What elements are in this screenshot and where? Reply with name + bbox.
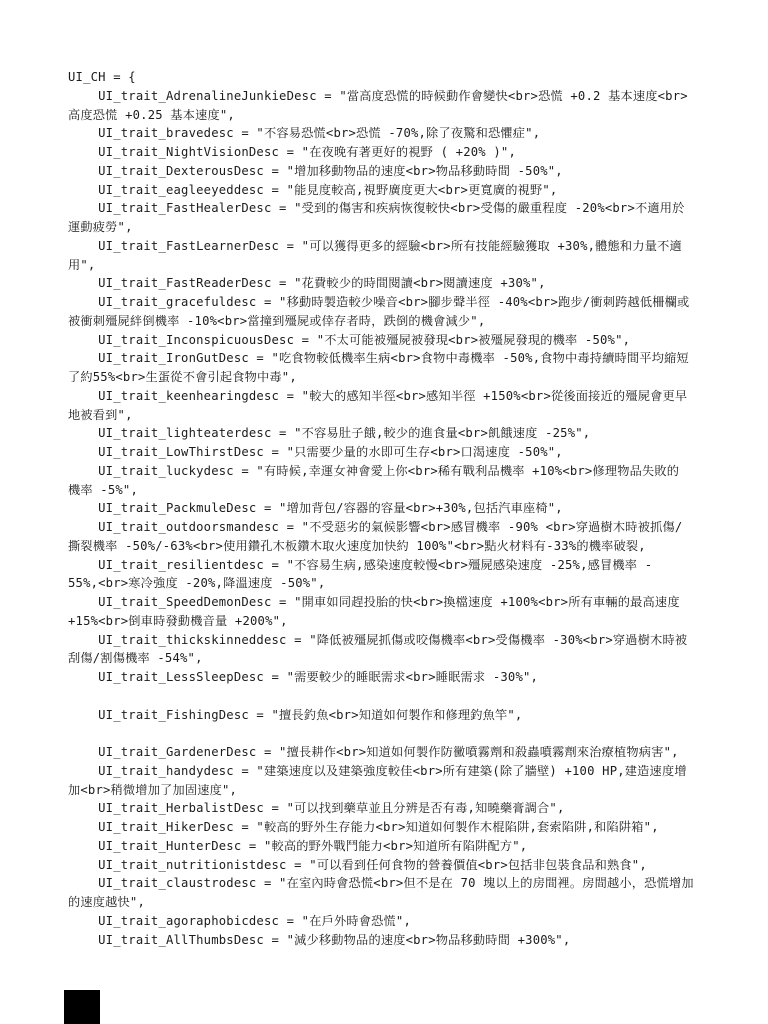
- code-line: 用",: [68, 256, 728, 275]
- code-line: 高度恐慌 +0.25 基本速度",: [68, 106, 728, 125]
- code-line: UI_trait_FishingDesc = "擅長釣魚<br>知道如何製作和修…: [68, 706, 728, 725]
- code-line: UI_trait_HikerDesc = "較高的野外生存能力<br>知道如何製…: [68, 818, 728, 837]
- code-line: UI_trait_keenhearingdesc = "較大的感知半徑<br>感…: [68, 387, 728, 406]
- code-line: UI_CH = {: [68, 68, 728, 87]
- code-line: UI_trait_NightVisionDesc = "在夜晚有著更好的視野 (…: [68, 143, 728, 162]
- code-line: UI_trait_FastReaderDesc = "花費較少的時間閱讀<br>…: [68, 274, 728, 293]
- code-line: UI_trait_HunterDesc = "較高的野外戰鬥能力<br>知道所有…: [68, 837, 728, 856]
- code-line: UI_trait_LowThirstDesc = "只需要少量的水即可生存<br…: [68, 443, 728, 462]
- code-line: +15%<br>倒車時發動機音量 +200%",: [68, 612, 728, 631]
- code-line: UI_trait_DexterousDesc = "增加移動物品的速度<br>物…: [68, 162, 728, 181]
- code-line: UI_trait_IronGutDesc = "吃食物較低機率生病<br>食物中…: [68, 349, 728, 368]
- code-line: UI_trait_PackmuleDesc = "增加背包/容器的容量<br>+…: [68, 499, 728, 518]
- code-line: UI_trait_gracefuldesc = "移動時製造較少噪音<br>腳步…: [68, 293, 728, 312]
- page-corner-black-box: [64, 990, 100, 1024]
- code-line: UI_trait_AdrenalineJunkieDesc = "當高度恐慌的時…: [68, 87, 728, 106]
- code-line: UI_trait_HerbalistDesc = "可以找到藥草並且分辨是否有毒…: [68, 799, 728, 818]
- code-line: UI_trait_AllThumbsDesc = "減少移動物品的速度<br>物…: [68, 931, 728, 950]
- code-line: UI_trait_FastLearnerDesc = "可以獲得更多的經驗<br…: [68, 237, 728, 256]
- code-line: 了約55%<br>生蛋從不會引起食物中毒",: [68, 368, 728, 387]
- code-line: 被衝刺殭屍絆倒機率 -10%<br>當撞到殭屍或倖存者時，跌倒的機會減少",: [68, 312, 728, 331]
- code-line: UI_trait_outdoorsmandesc = "不受惡劣的氣候影響<br…: [68, 518, 728, 537]
- code-line: 55%,<br>寒冷強度 -20%,降溫速度 -50%",: [68, 574, 728, 593]
- code-line: UI_trait_FastHealerDesc = "受到的傷害和疾病恢復較快<…: [68, 199, 728, 218]
- code-line: UI_trait_thickskinneddesc = "降低被殭屍抓傷或咬傷機…: [68, 631, 728, 650]
- code-line: 撕裂機率 -50%/-63%<br>使用鑽孔木板鑽木取火速度加快約 100%"<…: [68, 537, 728, 556]
- document-page: UI_CH = { UI_trait_AdrenalineJunkieDesc …: [0, 0, 768, 1024]
- code-line: UI_trait_luckydesc = "有時候,幸運女神會愛上你<br>稀有…: [68, 462, 728, 481]
- code-line: UI_trait_resilientdesc = "不容易生病,感染速度較慢<b…: [68, 556, 728, 575]
- code-line: UI_trait_GardenerDesc = "擅長耕作<br>知道如何製作防…: [68, 743, 728, 762]
- code-line: UI_trait_lighteaterdesc = "不容易肚子餓,較少的進食量…: [68, 424, 728, 443]
- code-line: 刮傷/割傷機率 -54%",: [68, 649, 728, 668]
- code-line: UI_trait_claustrodesc = "在室內時會恐慌<br>但不是在…: [68, 874, 728, 893]
- code-line: 運動疲勞",: [68, 218, 728, 237]
- code-line: [68, 687, 728, 706]
- code-line: 機率 -5%",: [68, 481, 728, 500]
- code-line: UI_trait_InconspicuousDesc = "不太可能被殭屍被發現…: [68, 331, 728, 350]
- code-line: UI_trait_LessSleepDesc = "需要較少的睡眠需求<br>睡…: [68, 668, 728, 687]
- code-line: 的速度越快",: [68, 893, 728, 912]
- code-listing: UI_CH = { UI_trait_AdrenalineJunkieDesc …: [68, 68, 728, 949]
- code-line: UI_trait_handydesc = "建築速度以及建築強度較佳<br>所有…: [68, 762, 728, 781]
- code-line: UI_trait_agoraphobicdesc = "在戶外時會恐慌",: [68, 912, 728, 931]
- code-line: UI_trait_eagleeyeddesc = "能見度較高,視野廣度更大<b…: [68, 181, 728, 200]
- code-line: UI_trait_SpeedDemonDesc = "開車如同趕投胎的快<br>…: [68, 593, 728, 612]
- code-line: [68, 724, 728, 743]
- code-line: 地被看到",: [68, 406, 728, 425]
- code-line: UI_trait_nutritionistdesc = "可以看到任何食物的營養…: [68, 856, 728, 875]
- code-line: 加<br>稍微增加了加固速度",: [68, 781, 728, 800]
- code-line: UI_trait_bravedesc = "不容易恐慌<br>恐慌 -70%,除…: [68, 124, 728, 143]
